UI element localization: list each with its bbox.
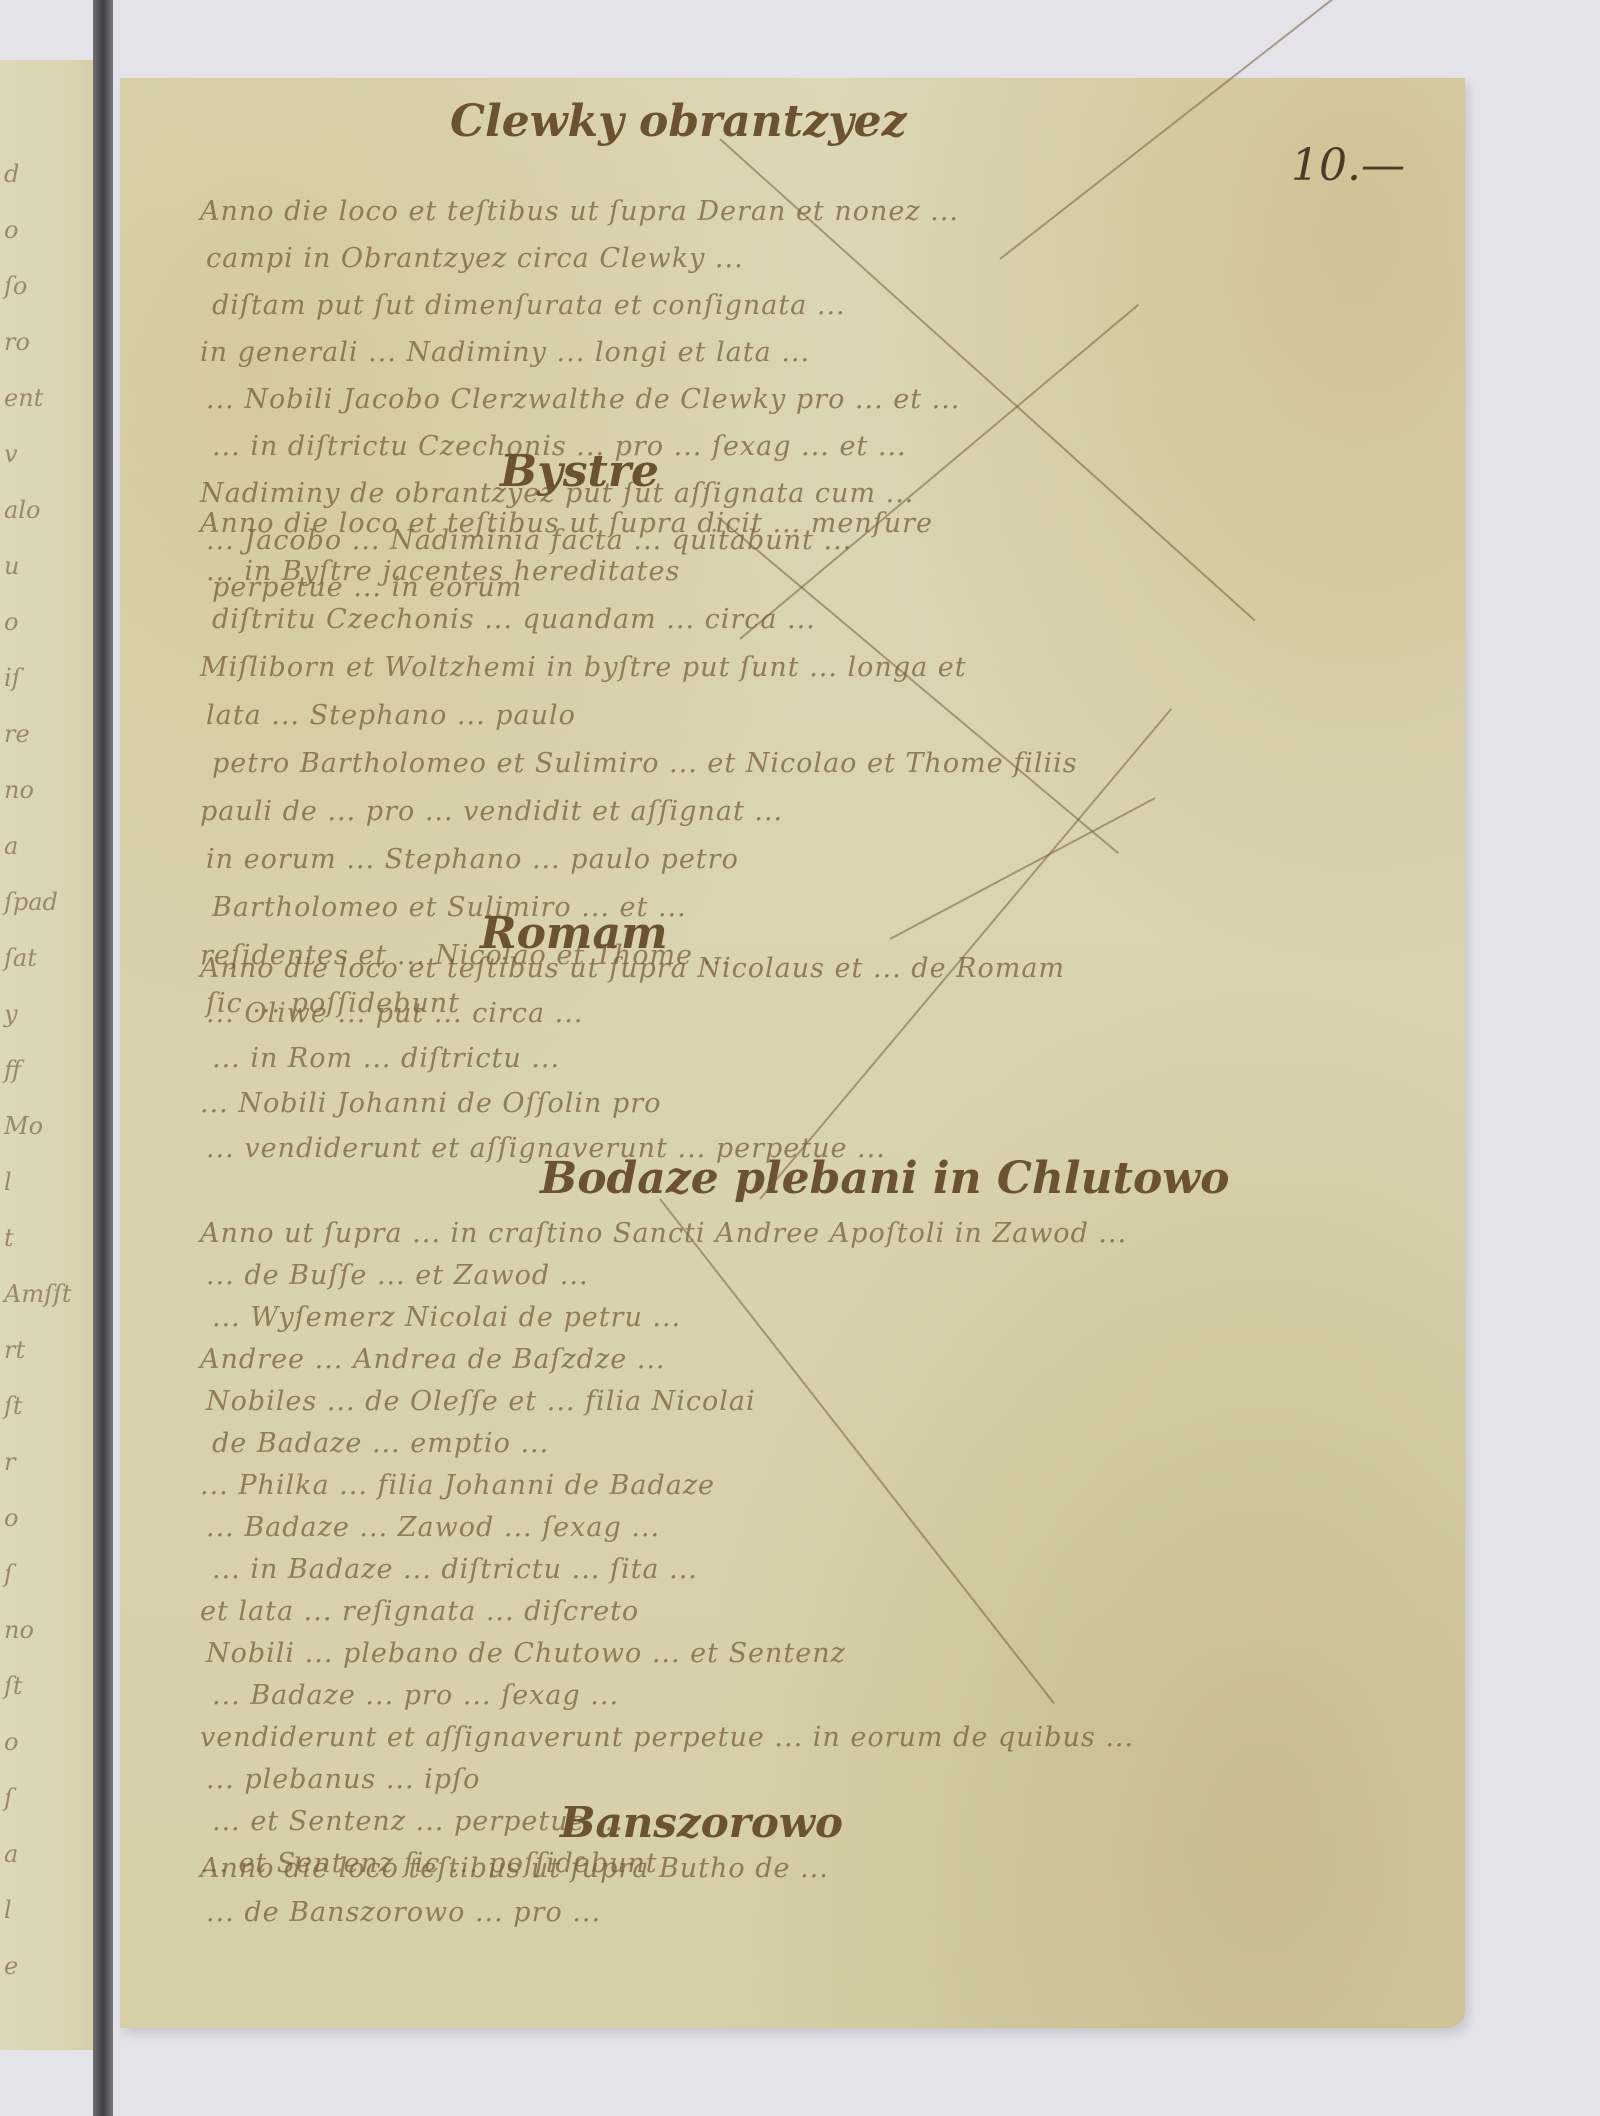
left-facing-page: doſoroentvalouoiſrenoaſpadſatyffMoltAmſſ… (0, 60, 108, 2050)
manuscript-line: diſtam put ſut dimenſurata et conſignata… (212, 290, 846, 321)
left-page-fragment: e (4, 1952, 18, 1980)
manuscript-line: Anno die loco teſtibus ut ſupra Butho de… (200, 1853, 829, 1884)
folio-number: 10.— (1291, 140, 1405, 191)
manuscript-line: Anno die loco et teſtibus ut ſupra dicit… (200, 508, 933, 539)
left-page-fragment: y (4, 1000, 18, 1028)
manuscript-line: ... Nobili Johanni de Oſſolin pro (200, 1088, 661, 1119)
left-page-fragment: a (4, 832, 18, 860)
section-heading: Bodaze plebani in Chlutowo (540, 1153, 1230, 1204)
left-page-fragment: iſ (4, 664, 21, 692)
manuscript-line: et lata ... reſignata ... diſcreto (200, 1596, 639, 1627)
left-page-fragment: o (4, 608, 18, 636)
cross-out-stroke (659, 1198, 1055, 1704)
manuscript-line: ... Philka ... filia Johanni de Badaze (200, 1470, 715, 1501)
manuscript-line: ... de Banszorowo ... pro ... (206, 1897, 601, 1928)
manuscript-line: in eorum ... Stephano ... paulo petro (206, 844, 739, 875)
manuscript-page: 10.— Clewky obrantzyezAnno die loco et t… (120, 78, 1465, 2028)
manuscript-line: Anno die loco et teſtibus ut ſupra Nicol… (200, 953, 1065, 984)
book-gutter (93, 0, 113, 2116)
left-page-fragment: t (4, 1224, 14, 1252)
manuscript-line: petro Bartholomeo et Sulimiro ... et Nic… (212, 748, 1078, 779)
manuscript-line: ... Badaze ... Zawod ... ſexag ... (206, 1512, 660, 1543)
left-page-fragment: re (4, 720, 30, 748)
cross-out-stroke (999, 0, 1394, 260)
left-page-fragment: o (4, 1504, 18, 1532)
left-page-fragment: l (4, 1896, 12, 1924)
left-page-fragment: ſpad (4, 888, 58, 916)
left-page-fragment: rt (4, 1336, 25, 1364)
left-page-fragment: Amſſt (4, 1280, 72, 1308)
manuscript-line: vendiderunt et aſſignaverunt perpetue ..… (200, 1722, 1134, 1753)
left-page-fragment: no (4, 1616, 34, 1644)
cross-out-stroke (890, 797, 1156, 940)
manuscript-line: ... Nobili Jacobo Clerzwalthe de Clewky … (206, 384, 960, 415)
left-page-fragment: ſo (4, 272, 27, 300)
manuscript-line: ... Badaze ... pro ... ſexag ... (212, 1680, 619, 1711)
manuscript-line: Anno die loco et teſtibus ut ſupra Deran… (200, 196, 959, 227)
manuscript-line: in generali ... Nadiminy ... longi et la… (200, 337, 810, 368)
left-page-fragment: l (4, 1168, 12, 1196)
manuscript-line: ... Oliwe ... put ... circa ... (206, 998, 583, 1029)
left-page-fragment: v (4, 440, 18, 468)
manuscript-line: ... in Byſtre jacentes hereditates (206, 556, 680, 587)
left-page-fragment: alo (4, 496, 40, 524)
left-page-fragment: no (4, 776, 34, 804)
manuscript-line: campi in Obrantzyez circa Clewky ... (206, 243, 744, 274)
left-page-fragment: Mo (4, 1112, 43, 1140)
left-page-fragment: a (4, 1840, 18, 1868)
section-heading: Banszorowo (560, 1798, 843, 1847)
left-page-fragment: ſt (4, 1392, 23, 1420)
manuscript-line: Andree ... Andrea de Baſzdze ... (200, 1344, 666, 1375)
left-page-fragment: ſ (4, 1560, 13, 1588)
manuscript-line: pauli de ... pro ... vendidit et aſſigna… (200, 796, 783, 827)
left-page-fragment: u (4, 552, 19, 580)
manuscript-line: ... plebanus ... ipſo (206, 1764, 480, 1795)
manuscript-line: lata ... Stephano ... paulo (206, 700, 576, 731)
left-page-fragment: ent (4, 384, 43, 412)
left-page-fragment: ſt (4, 1672, 23, 1700)
manuscript-line: Miſliborn et Woltzhemi in byſtre put ſun… (200, 652, 967, 683)
left-page-fragment: ff (4, 1056, 21, 1084)
section-heading: Bystre (500, 446, 659, 497)
section-heading: Romam (480, 908, 668, 959)
left-page-fragment: ro (4, 328, 30, 356)
left-page-fragment: o (4, 1728, 18, 1756)
left-page-fragment: r (4, 1448, 15, 1476)
left-page-fragment: ſat (4, 944, 37, 972)
manuscript-line: Nobiles ... de Oleſſe et ... filia Nicol… (206, 1386, 756, 1417)
manuscript-line: diſtritu Czechonis ... quandam ... circa… (212, 604, 816, 635)
left-page-fragment: ſ (4, 1784, 13, 1812)
manuscript-line: ... Wyſemerz Nicolai de petru ... (212, 1302, 681, 1333)
manuscript-line: ... in Badaze ... diſtrictu ... ſita ... (212, 1554, 698, 1585)
section-heading: Clewky obrantzyez (450, 96, 907, 147)
manuscript-line: Nobili ... plebano de Chutowo ... et Sen… (206, 1638, 846, 1669)
manuscript-line: ... in Rom ... diſtrictu ... (212, 1043, 560, 1074)
left-page-fragment: o (4, 216, 18, 244)
manuscript-line: ... de Buſſe ... et Zawod ... (206, 1260, 589, 1291)
left-page-fragment: d (4, 160, 19, 188)
manuscript-line: Anno ut ſupra ... in craſtino Sancti And… (200, 1218, 1127, 1249)
manuscript-line: de Badaze ... emptio ... (212, 1428, 549, 1459)
